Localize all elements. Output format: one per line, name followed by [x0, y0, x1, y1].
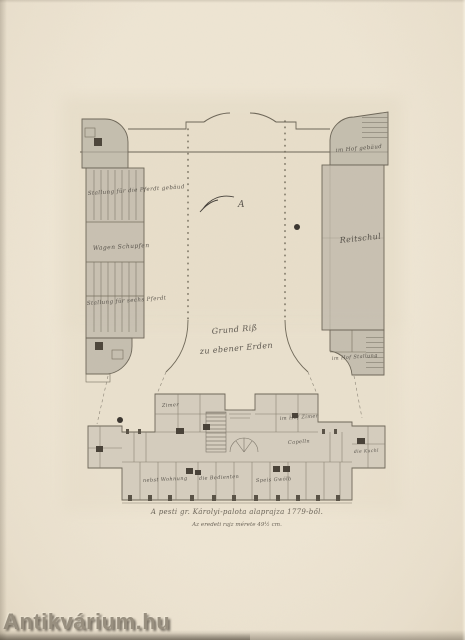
paper-grain [0, 0, 465, 640]
filled-room-mark [95, 342, 103, 350]
filled-room-mark [94, 138, 102, 146]
hatched-area [362, 116, 388, 140]
antikvarium-watermark: Antikvárium.hu [3, 609, 170, 635]
ink-dot-lower [117, 417, 123, 423]
main-staircase [206, 412, 226, 452]
ink-dot-upper [294, 224, 300, 230]
annotation-mark-A: A [237, 200, 245, 210]
floor-plan-drawing: im Hof gebäud Stallung für die Pferdt ge… [0, 0, 465, 640]
caption-title: A pesti gr. Károlyi-palota alaprajza 177… [150, 507, 323, 516]
paper-tone [0, 0, 465, 640]
right-wing-outline [322, 165, 384, 330]
annotation-room-left: Zimer [161, 402, 180, 409]
caption-subtitle: Az eredeti rajz mérete 49½ cm. [191, 521, 282, 528]
scanned-book-page: im Hof gebäud Stallung für die Pferdt ge… [0, 0, 465, 640]
left-gatehouse [82, 119, 128, 168]
right-wing: Reitschul im Hof Stallung [322, 165, 384, 375]
